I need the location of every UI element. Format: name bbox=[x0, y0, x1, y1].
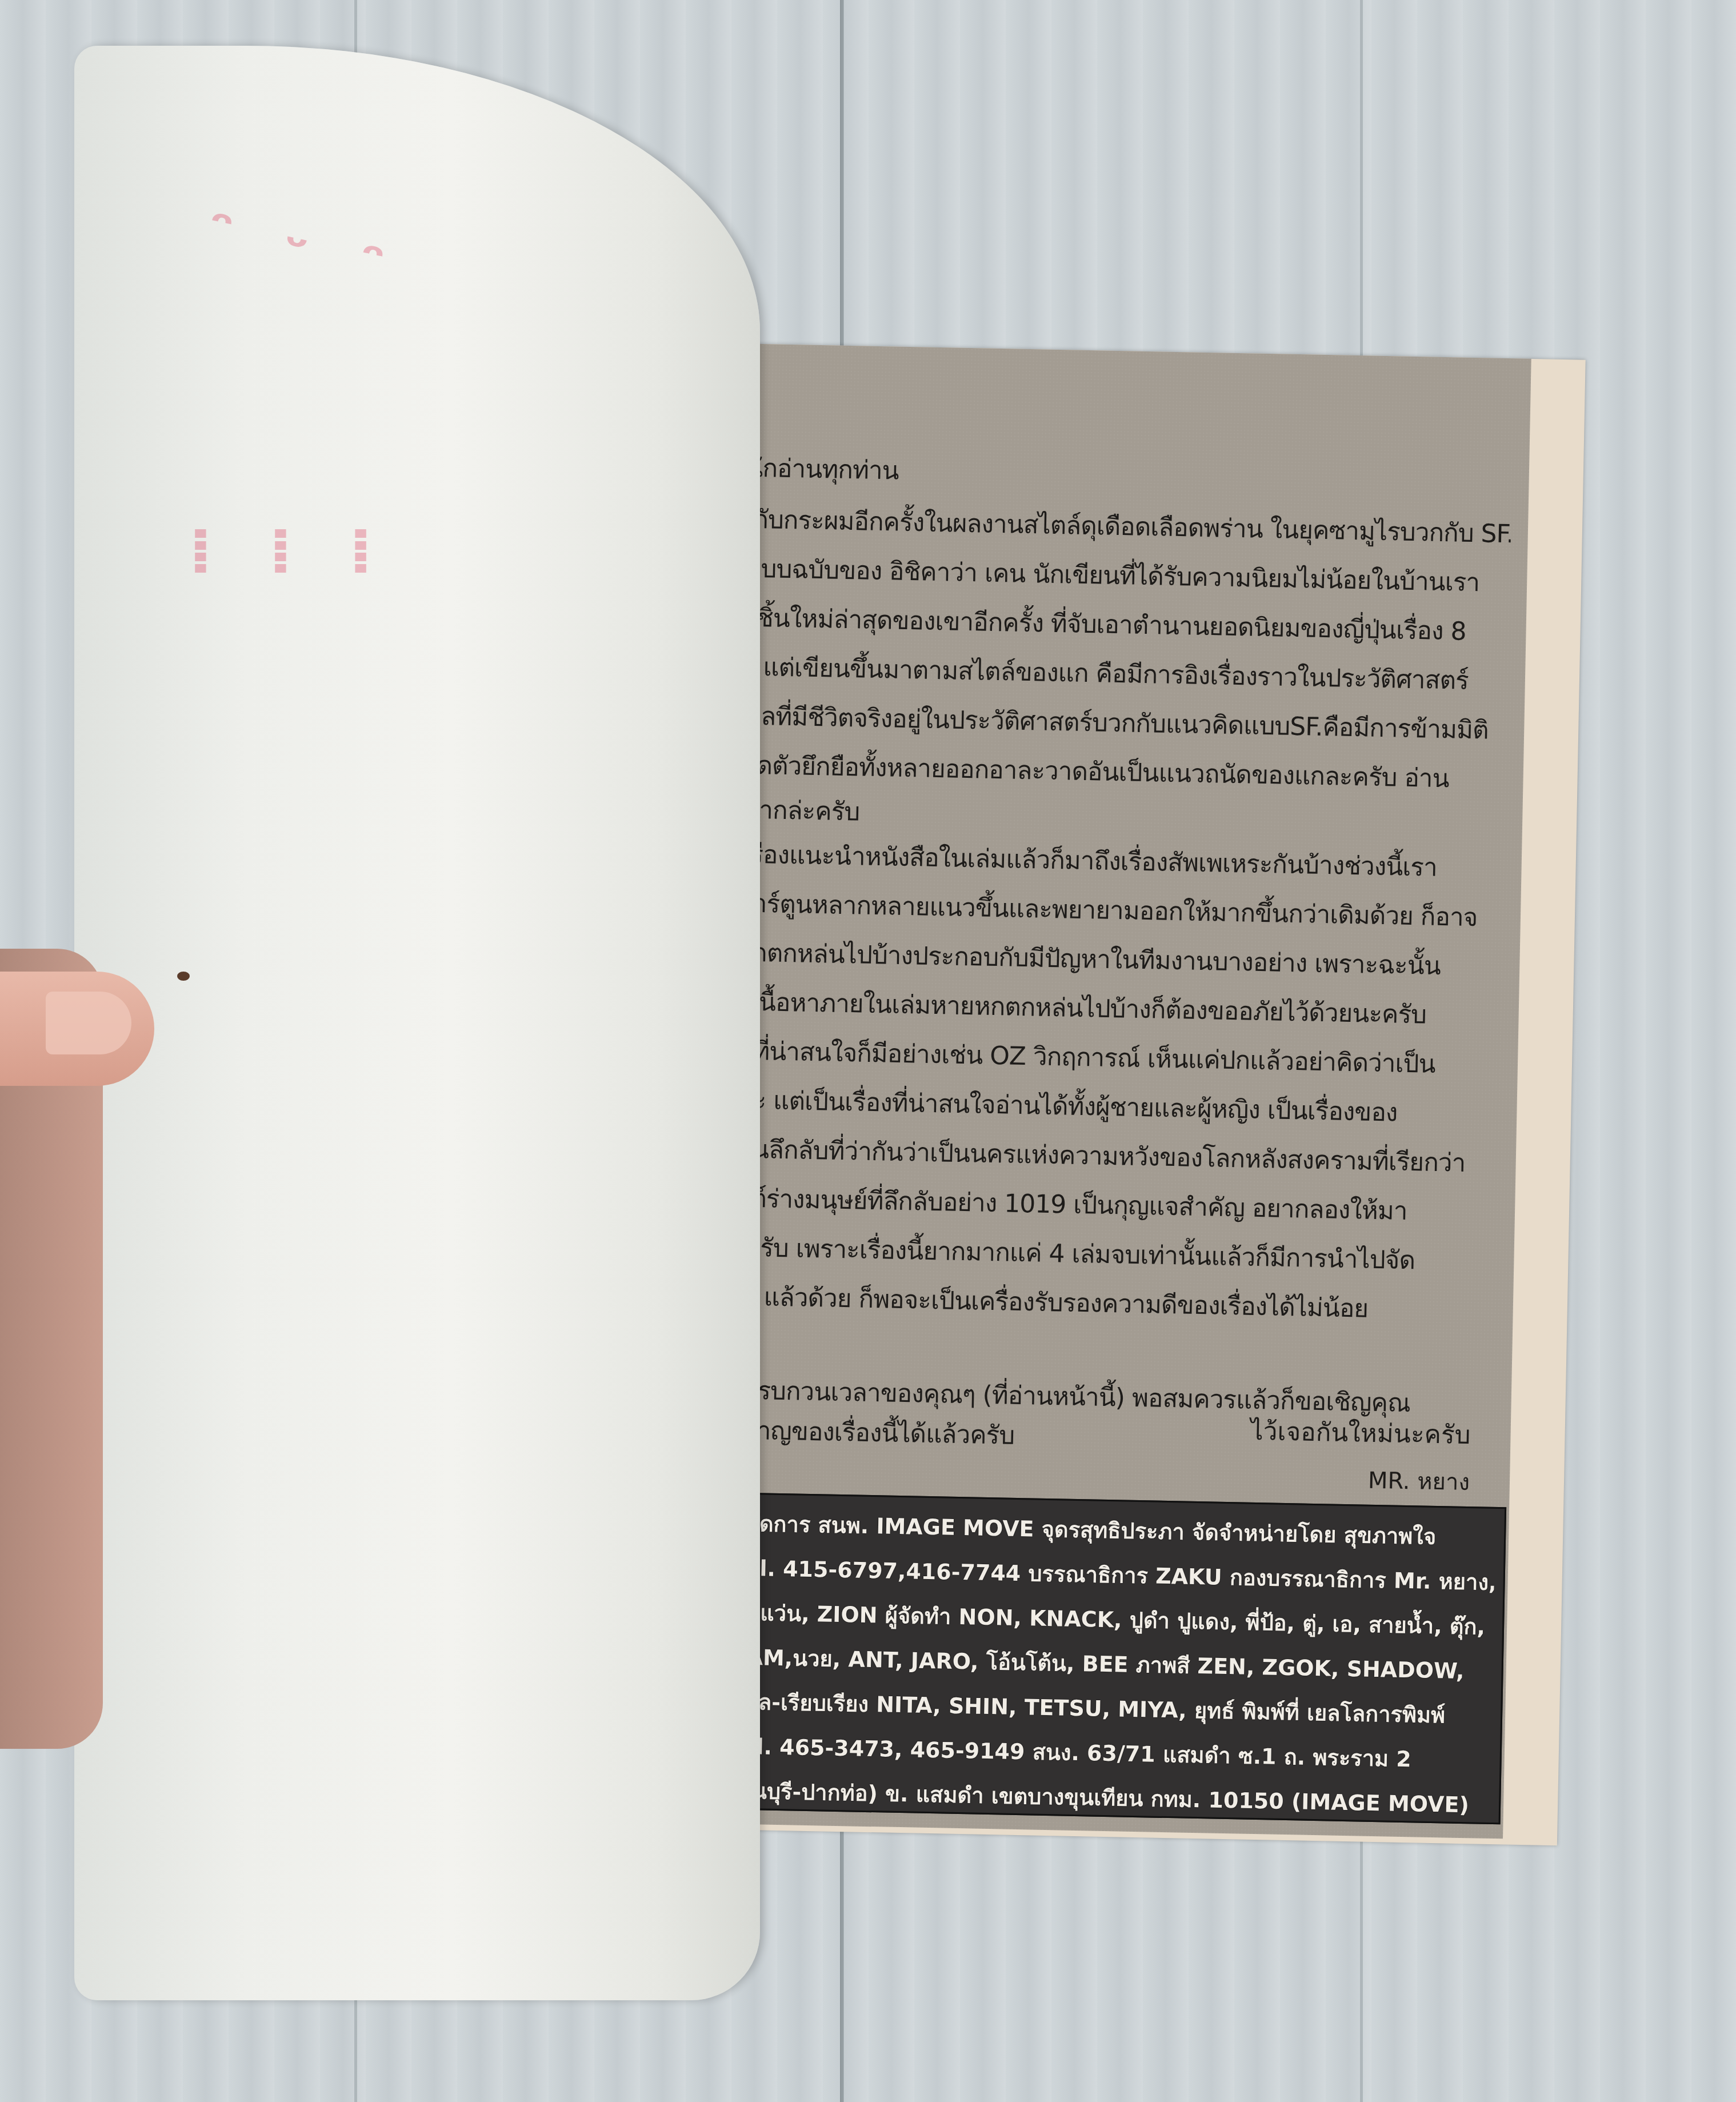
book-page: รับนักอ่านทุกท่าน เจอกับกระผมอีกครั้งในผ… bbox=[674, 343, 1586, 1845]
signoff: ไว้เจอกันใหม่นะครับ bbox=[1250, 1411, 1471, 1455]
faded-red-stamp: ᵔ ᵕ ᵔ bbox=[202, 197, 407, 297]
paragraph-1: เจอกับกระผมอีกครั้งในผลงานสไตล์ดุเดือดเล… bbox=[711, 495, 1511, 845]
faded-red-stamp: ⁞ ⁞ ⁞ bbox=[189, 514, 390, 588]
author-signature: MR. หยาง bbox=[1367, 1462, 1470, 1500]
editor-note: รับนักอ่านทุกท่าน เจอกับกระผมอีกครั้งในผ… bbox=[699, 443, 1513, 1465]
curled-white-cover: ᵔ ᵕ ᵔ ⁞ ⁞ ⁞ bbox=[74, 46, 760, 2000]
paragraph-2: มดเรื่องแนะนำหนังสือในเล่มแล้วก็มาถึงเรื… bbox=[701, 829, 1505, 1336]
printed-page-area: รับนักอ่านทุกท่าน เจอกับกระผมอีกครั้งในผ… bbox=[674, 343, 1531, 1839]
thumbnail bbox=[46, 992, 131, 1054]
ink-speck bbox=[177, 972, 190, 981]
credits-box: ผู้จัดการ สนพ. IMAGE MOVE จุดรสุทธิประภา… bbox=[718, 1492, 1506, 1824]
